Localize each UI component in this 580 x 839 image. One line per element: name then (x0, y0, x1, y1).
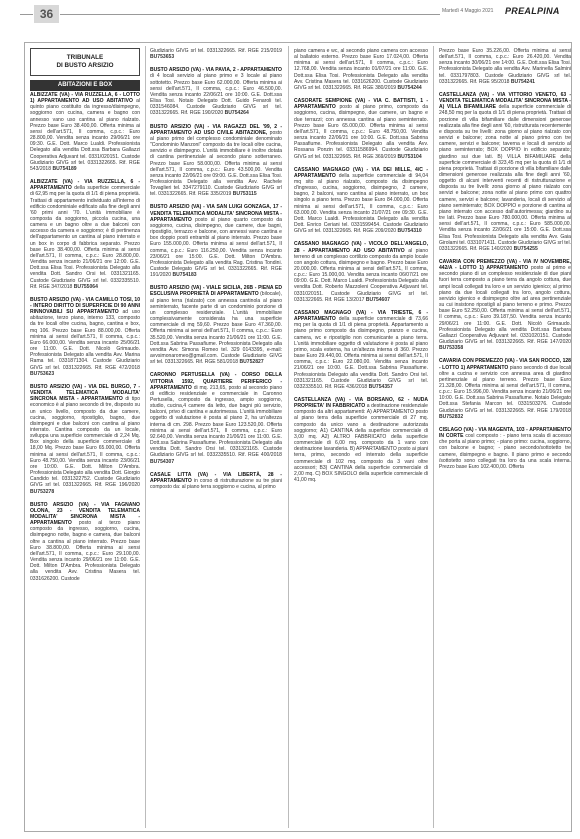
column-4: Prezzo base Euro 35.226,00. Offerta mini… (439, 48, 571, 477)
listing-body: di 4 locali servizio al piano primo e 3 … (150, 73, 282, 116)
listing-body: piano secondo di due locali oltre a cuci… (439, 365, 571, 414)
listing-ref: BU753115 (233, 191, 257, 197)
issue-date: Martedì 4 Maggio 2021 (442, 8, 493, 14)
listing-ref: BU754244 (398, 85, 422, 91)
column-2: Giudiziario GIVG srl tel. 0331322665. Ri… (150, 48, 282, 497)
listing-ref: BU754607 (366, 297, 390, 303)
listing-ref: BU754307 (150, 459, 174, 465)
listing: CASALE LITTA (VA) - VIA LIBERTÀ, 28 - AP… (150, 472, 282, 490)
listing-body: Giudiziario GIVG srl tel. 0331322665. Ri… (150, 48, 282, 54)
header-rule (60, 14, 440, 15)
listing-continuation: Giudiziario GIVG srl tel. 0331322665. Ri… (150, 48, 282, 60)
listing-ref: BU754241 (511, 79, 535, 85)
listing-continuation: Prezzo base Euro 35.226,00. Offerta mini… (439, 48, 571, 85)
listing: BUSTO ARSIZIO (VA) - VIALE SICILIA, 26B … (150, 285, 282, 365)
header-rule (20, 14, 33, 15)
listing-ref: BU753104 (398, 154, 422, 160)
listing-ref: BU754183 (172, 272, 196, 278)
listing: CAVARIA CON PREMEZZO (VA) - VIA IV NOVEM… (439, 259, 571, 351)
court-title-line1: TRIBUNALE (31, 54, 139, 62)
listing: ALBIZZATE (VA) - VIA RUZZELLA, 6 - LOTTO… (30, 92, 140, 172)
listing-ref: BU755064 (74, 284, 98, 290)
listing: ALBIZZATE (VA) - VIA RUZZELLA, 6 - APPAR… (30, 179, 140, 290)
listing-title: BUSTO ARSIZIO (VA) - VIA PAVIA, 2 - APPA… (150, 67, 282, 73)
listing-body: della superficie commerciale di 73,66 mq… (294, 316, 428, 390)
listing-body: al quinto piano costituito da ingresso/d… (30, 98, 140, 172)
listing-body: al piano terreno di un complesso cortili… (294, 248, 428, 303)
column-divider (288, 46, 289, 828)
listing: CASSANO MAGNAGO (VA) - VIA DEI MILLE, 4/… (294, 167, 428, 235)
column-divider (145, 46, 146, 828)
listing-body: Prezzo base Euro 35.226,00. Offerta mini… (439, 48, 571, 85)
listing: BUSTO ARSIZIO (VA) - VIA DEL BURGO, 7 - … (30, 384, 140, 495)
listing-body: posto al piano primo, composto da soggio… (294, 104, 428, 159)
listing: CAVARIA CON PREMEZZO (VA) - VIA SAN ROCC… (439, 358, 571, 420)
listing-title: BUSTO ARSIZIO (VA) - VIA RAGAZZI DEL '99… (150, 124, 282, 136)
column-3: piano camera e wc, al secondo piano came… (294, 48, 428, 490)
page-number: 36 (34, 5, 59, 23)
listing-ref: BU752827 (240, 359, 264, 365)
listing-body: posto al piano primo del complesso condo… (150, 130, 282, 198)
listing-ref: BU753278 (30, 489, 54, 495)
listing-ref: BU754189 (52, 166, 76, 172)
listing-body: posto al primo e secondo piano di un com… (439, 265, 571, 345)
listing-body: così composto : - piano terra scala di a… (439, 433, 571, 470)
listing-body: della superficie commerciale di 248,50 m… (439, 104, 571, 252)
listing: BUSTO ARSIZIO (VA) - VIA PAVIA, 2 - APPA… (150, 67, 282, 116)
listing-body: ad uso abitazione, terzo piano, interno … (30, 309, 140, 370)
listing-ref: BU754357 (369, 384, 393, 390)
column-divider (433, 46, 434, 828)
listing: CASTELLANZA (VA) - VIA VITTORIO VENETO, … (439, 92, 571, 252)
listing-body: (bilocale), al piano terra (rialzato) co… (150, 291, 282, 365)
listing-title: ALBIZZATE (VA) - VIA RUZZELLA, 6 - LOTTO… (30, 92, 140, 104)
listing-ref: BU753358 (439, 345, 463, 351)
listing: BUSTO ARSIZIO (VA) - VIA RAGAZZI DEL '99… (150, 124, 282, 198)
court-title-line2: DI BUSTO ARSIZIO (31, 62, 139, 70)
column-1: ALBIZZATE (VA) - VIA RUZZELLA, 6 - LOTTO… (30, 92, 140, 589)
listing-body: di mq. 213,65, posto al secondo piano di… (150, 385, 282, 459)
listing-ref: BU754264 (225, 110, 249, 116)
listing-ref: BU754310 (398, 228, 422, 234)
listing-continuation: piano camera e wc, al secondo piano came… (294, 48, 428, 91)
listing-body: posto al terzo piano composto da ingress… (30, 520, 140, 581)
section-heading: ABITAZIONI E BOX (30, 80, 140, 91)
listing: CISLAGO (VA) - VIA MAGENTA, 103 - APPART… (439, 427, 571, 470)
listing: CASTELLANZA (VA) - VIA BORSANO, 62 - NUD… (294, 397, 428, 483)
listing: CASORATE SEMPIONE (VA) - VIA C. BATTISTI… (294, 98, 428, 160)
listing: BUSTO ARSIZIO (VA) - VIA SAN LUIGI GONZA… (150, 204, 282, 278)
listing: BUSTO ARSIZIO (VA) - VIA FAGNANO OLONA, … (30, 502, 140, 582)
listing-ref: BU753623 (30, 371, 54, 377)
listing-ref: BU753653 (150, 54, 174, 60)
listing-body: della superficie commerciale di 62,95 mq… (30, 185, 140, 290)
listing-ref: BU754255 (514, 246, 538, 252)
listing-body: di tipo economico è al piano secondo di … (30, 396, 140, 488)
listing-title: BUSTO ARSIZIO (VA) - VIA DEL BURGO, 7 - … (30, 384, 140, 402)
listing: BUSTO ARSIZIO (VA) - VIA CAMILLO TOSI, 1… (30, 297, 140, 377)
listing: CARONNO PERTUSELLA (VA) - CORSO DELLA VI… (150, 372, 282, 464)
listing-ref: BU752832 (439, 414, 463, 420)
masthead-logo: PREALPINA (505, 6, 560, 16)
court-title-box: TRIBUNALE DI BUSTO ARSIZIO (30, 48, 140, 76)
page-header: 36 Martedì 4 Maggio 2021 PREALPINA (0, 0, 580, 40)
listing: CASSANO MAGNAGO (VA) - VICOLO DELL'ANGEL… (294, 241, 428, 303)
listing-body: a destinazione residenziale composto da … (294, 403, 428, 483)
listing: CASSANO MAGNAGO (VA) - VIA TRIESTE, 6 - … (294, 310, 428, 390)
listing-body: posto al piano quarto composto da soggio… (150, 217, 282, 278)
listing-body: della superficie commerciale di 94,04 mq… (294, 173, 428, 234)
